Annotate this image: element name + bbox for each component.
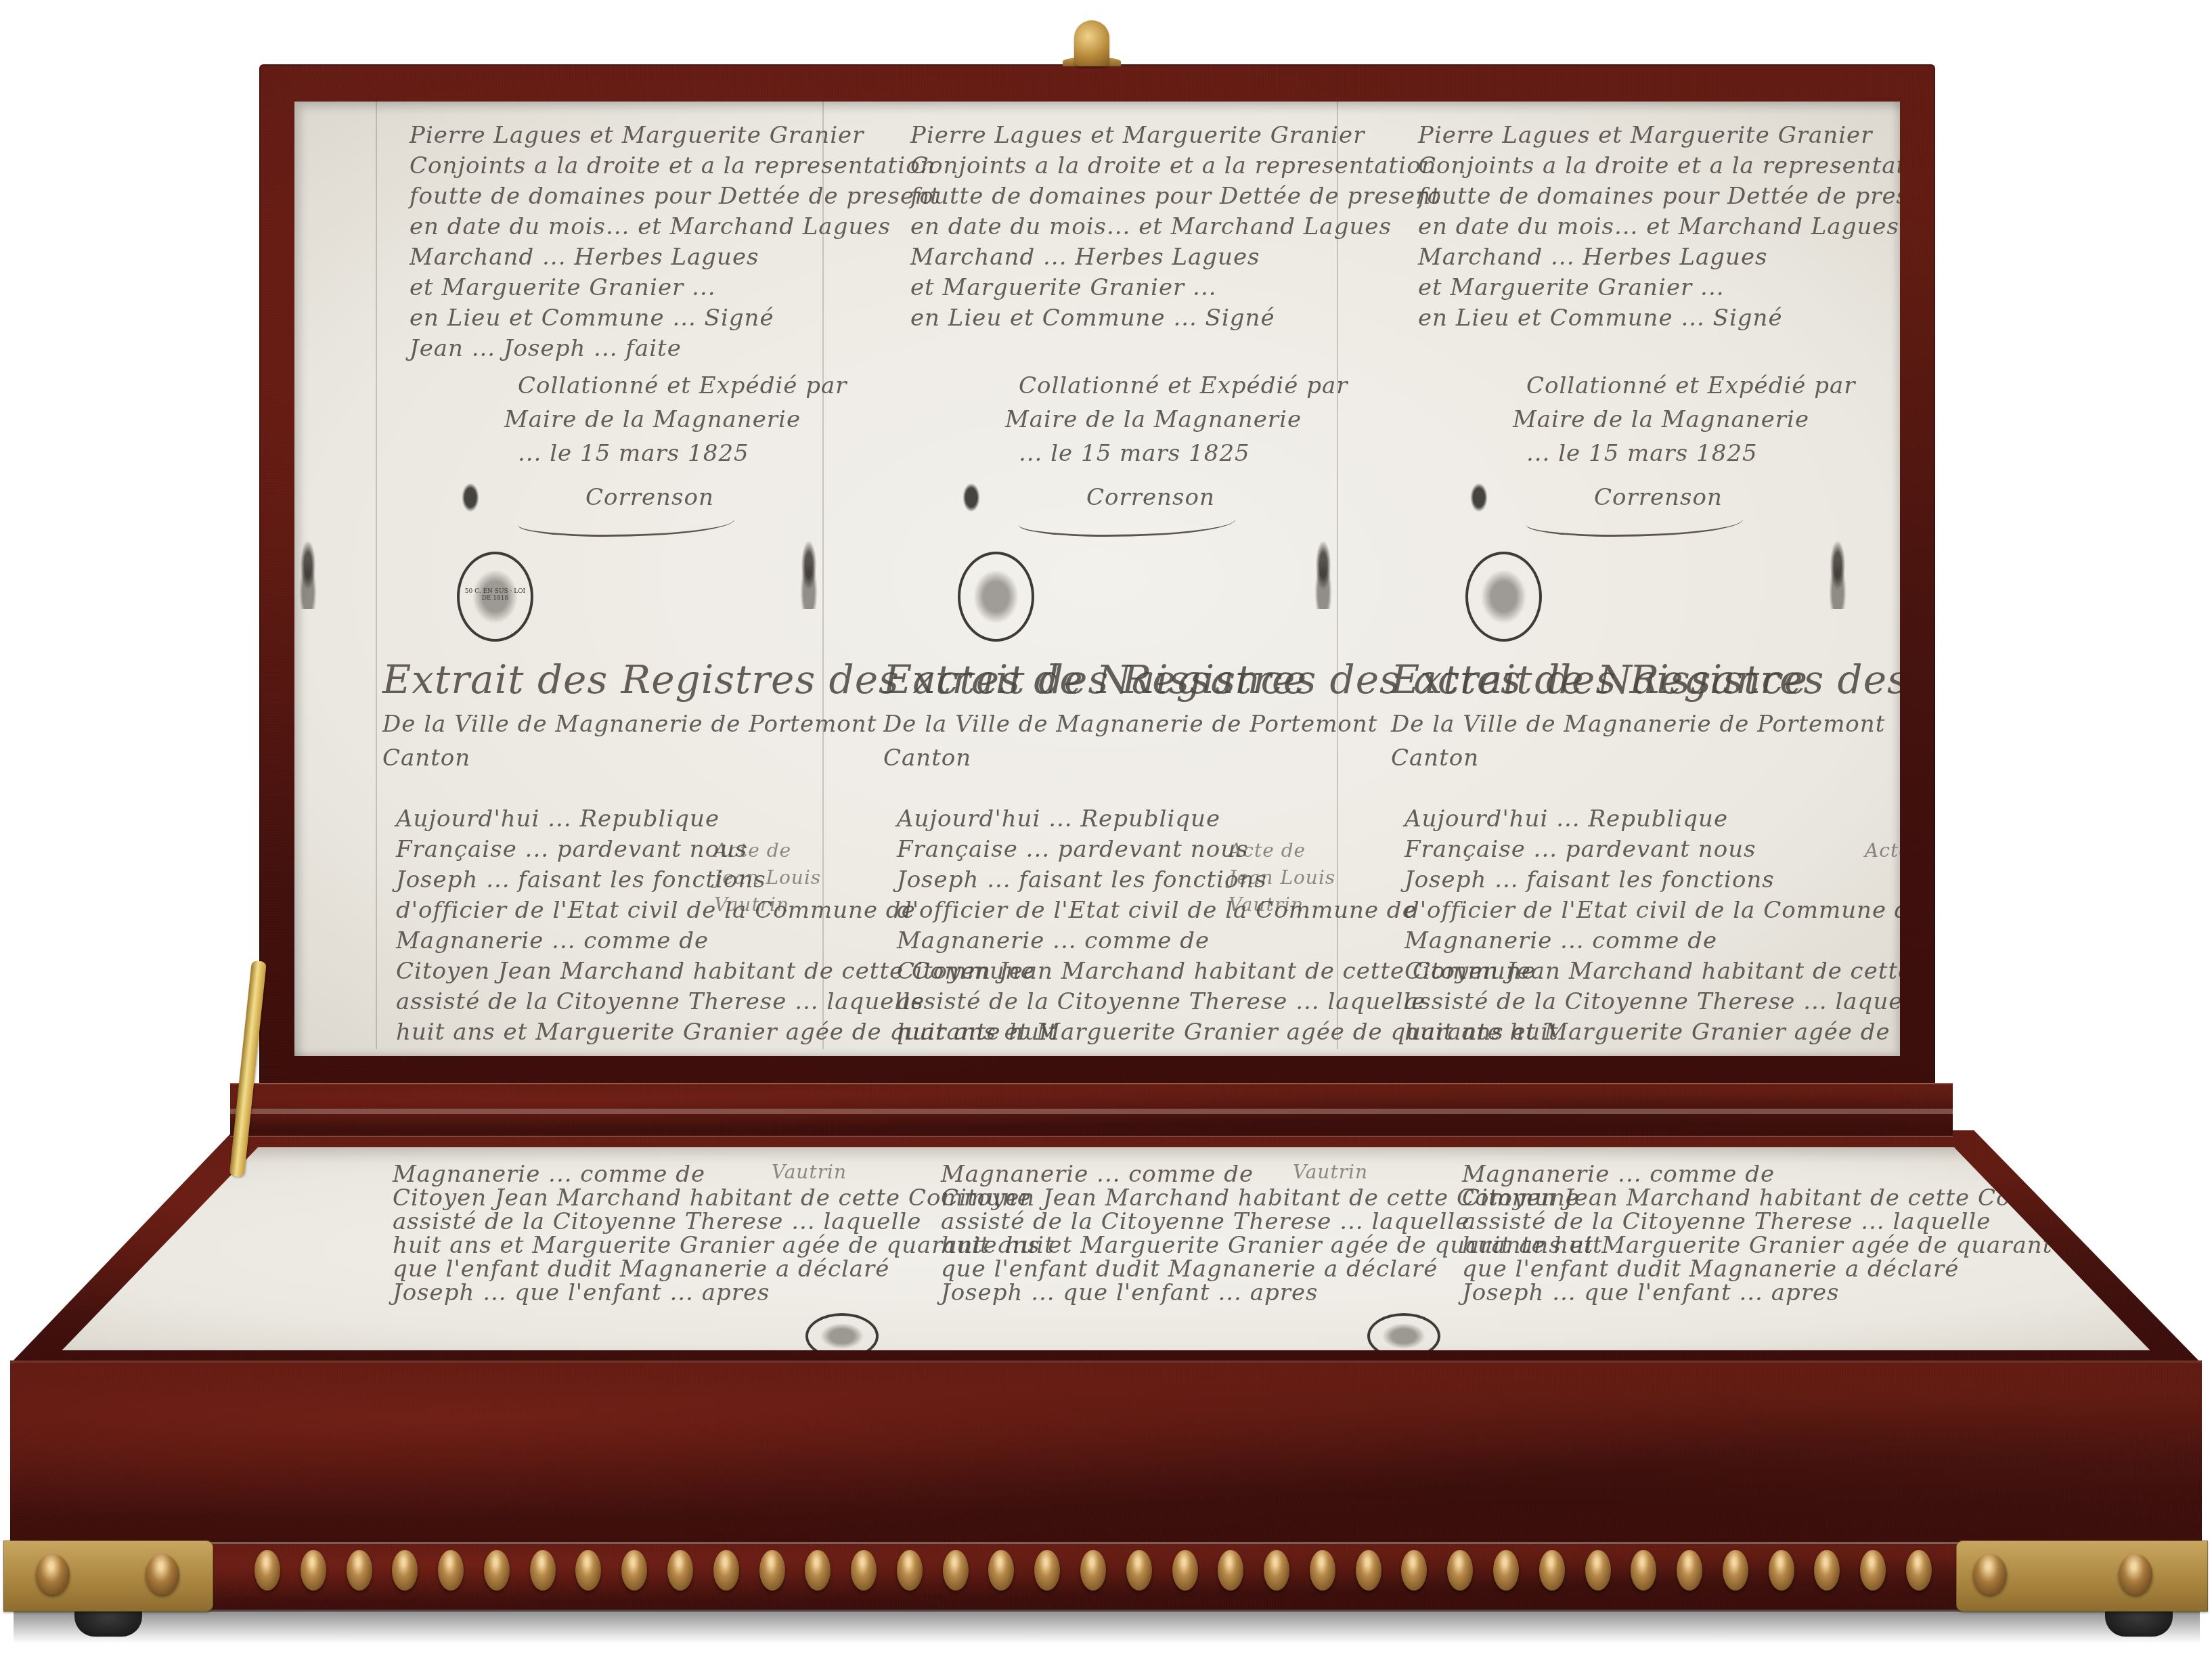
brass-stud-icon (255, 1550, 280, 1591)
closing-line: ... le 15 mars 1825 (1019, 440, 1250, 467)
brass-stud-icon (1034, 1550, 1060, 1591)
closing-line: Collationné et Expédié par (1019, 372, 1348, 399)
tax-seal-icon (805, 1313, 879, 1350)
margin-note: Vautrin (714, 893, 789, 916)
script-line: et Marguerite Granier ... (1418, 274, 1725, 301)
signature-flourish (518, 508, 734, 537)
front-panel (10, 1360, 2202, 1546)
script-line: en Lieu et Commune ... Signé (410, 305, 774, 332)
brass-stud-icon (667, 1550, 693, 1591)
signature: Correnson (1594, 484, 1723, 511)
brass-stud-icon (1539, 1550, 1565, 1591)
body-line: Magnanerie ... comme de (897, 927, 1210, 954)
document-heading: Canton (883, 745, 971, 772)
script-line: Conjoints a la droite et a la representa… (1418, 152, 1900, 179)
hinge-seam (230, 1109, 1953, 1114)
script-line: en date du mois... et Marchand Lagues (1418, 213, 1899, 240)
script-line: Magnanerie ... comme de (1462, 1161, 1775, 1188)
brass-stud-icon (1631, 1550, 1656, 1591)
script-line: huit ans et Marguerite Granier agée de q… (1462, 1232, 2124, 1259)
brass-stud-icon (392, 1550, 418, 1591)
brass-stud-icon (438, 1550, 464, 1591)
body-line: huit ans et Marguerite Granier agée de q… (1404, 1019, 1900, 1046)
closing-line: ... le 15 mars 1825 (1526, 440, 1758, 467)
margin-note: Acte de (1865, 839, 1900, 862)
brass-stud-icon (1723, 1550, 1748, 1591)
document-heading: Canton (1391, 745, 1479, 772)
closing-line: Collationné et Expédié par (518, 372, 847, 399)
lid-panel-right: Pierre Lagues et Marguerite Granier Conj… (1337, 102, 1851, 1056)
script-line: assisté de la Citoyenne Therese ... laqu… (941, 1208, 1469, 1235)
body-line: Aujourd'hui ... Republique (897, 805, 1220, 833)
signature: Correnson (585, 484, 714, 511)
figure-stamp-icon (294, 541, 322, 609)
margin-note: Vautrin (1229, 893, 1304, 916)
script-line: Marchand ... Herbes Lagues (410, 244, 759, 271)
document-heading: De la Ville de Magnanerie de Portemont (883, 711, 1377, 738)
brass-stud-icon (1814, 1550, 1840, 1591)
ink-stamp-icon (460, 481, 481, 514)
tax-seal-icon (1367, 1313, 1440, 1350)
signature: Correnson (1086, 484, 1215, 511)
script-line: Citoyen Jean Marchand habitant de cette … (393, 1184, 1032, 1212)
ink-stamp-icon (961, 481, 981, 514)
body-line: Magnanerie ... comme de (1404, 927, 1717, 954)
script-line: Magnanerie ... comme de (393, 1161, 705, 1188)
panel-divider (822, 102, 824, 1049)
brass-stud-icon (1310, 1550, 1335, 1591)
script-line: Marchand ... Herbes Lagues (1418, 244, 1768, 271)
body-line: Magnanerie ... comme de (396, 927, 709, 954)
margin-note: Acte de (1229, 839, 1306, 862)
brass-stud-icon (1677, 1550, 1702, 1591)
body-line: Française ... pardevant nous (897, 836, 1249, 863)
brass-stud-icon (1356, 1550, 1381, 1591)
brass-stud-icon (1126, 1550, 1152, 1591)
script-line: Joseph ... que l'enfant ... apres (941, 1279, 1319, 1306)
script-line: en date du mois... et Marchand Lagues (410, 213, 891, 240)
closing-line: ... le 15 mars 1825 (518, 440, 749, 467)
brass-stud-icon (805, 1550, 831, 1591)
floor-shadow (14, 1610, 2200, 1643)
brass-stud-icon (1860, 1550, 1886, 1591)
body-line: Joseph ... faisant les fonctions (897, 866, 1267, 893)
script-line: Pierre Lagues et Marguerite Granier (410, 122, 864, 149)
script-line: Marchand ... Herbes Lagues (910, 244, 1260, 271)
figure-stamp-icon (1310, 541, 1337, 609)
script-line: en Lieu et Commune ... Signé (1418, 305, 1783, 332)
brass-corner-plate-right (1956, 1540, 2208, 1612)
brass-stud-icon (1493, 1550, 1519, 1591)
brass-stud-icon (1906, 1550, 1932, 1591)
brass-stud-icon (1080, 1550, 1106, 1591)
brass-stud-icon (1447, 1550, 1473, 1591)
brass-stud-icon (943, 1550, 969, 1591)
closing-line: Maire de la Magnanerie (504, 406, 801, 433)
script-line: assisté de la Citoyenne Therese ... laqu… (1462, 1208, 1991, 1235)
tax-seal-icon (958, 552, 1034, 642)
brass-stud-icon (759, 1550, 785, 1591)
body-line: Aujourd'hui ... Republique (1404, 805, 1728, 833)
lid-paper-lining: Pierre Lagues et Marguerite Granier Conj… (294, 102, 1900, 1056)
plate-stud-icon (2119, 1554, 2152, 1595)
brass-stud-icon (484, 1550, 510, 1591)
plate-stud-icon (36, 1554, 70, 1595)
closing-line: Maire de la Magnanerie (1005, 406, 1302, 433)
brass-corner-plate-left (3, 1540, 213, 1612)
script-line: que l'enfant dudit Magnanerie a déclaré (393, 1256, 889, 1283)
script-line: Pierre Lagues et Marguerite Granier (1418, 122, 1872, 149)
closing-line: Collationné et Expédié par (1526, 372, 1856, 399)
body-line: Joseph ... faisant les fonctions (396, 866, 766, 893)
script-line: Magnanerie ... comme de (941, 1161, 1254, 1188)
margin-note: Vautrin (772, 1161, 847, 1183)
margin-note: Vautrin (1293, 1161, 1368, 1183)
figure-stamp-icon (795, 541, 822, 609)
script-line: Pierre Lagues et Marguerite Granier (910, 122, 1365, 149)
document-heading: Canton (382, 745, 470, 772)
body-line: assisté de la Citoyenne Therese ... laqu… (1404, 988, 1900, 1015)
tray-paper-lining: Magnanerie ... comme de Citoyen Jean Mar… (41, 1147, 2171, 1350)
margin-rule (376, 102, 377, 1049)
figure-stamp-icon (1824, 541, 1851, 609)
script-line: en Lieu et Commune ... Signé (910, 305, 1275, 332)
brass-stud-icon (851, 1550, 877, 1591)
box-lid: Pierre Lagues et Marguerite Granier Conj… (259, 64, 1935, 1086)
brass-stud-icon (1172, 1550, 1198, 1591)
foot-left (74, 1610, 142, 1637)
ink-stamp-icon (1469, 481, 1489, 514)
brass-stud-icon (988, 1550, 1014, 1591)
brass-stud-icon (347, 1550, 372, 1591)
signature-flourish (1019, 508, 1235, 537)
tax-seal-icon (1465, 552, 1542, 642)
script-line: et Marguerite Granier ... (410, 274, 716, 301)
panel-divider (1337, 102, 1338, 1049)
margin-note: Acte de (714, 839, 791, 862)
script-line: que l'enfant dudit Magnanerie a déclaré (1462, 1256, 1959, 1283)
margin-note: Jean Louis (714, 866, 821, 889)
body-line: Française ... pardevant nous (396, 836, 748, 863)
margin-note: Jean Louis (1229, 866, 1335, 889)
script-line: Joseph ... que l'enfant ... apres (1462, 1279, 1840, 1306)
tax-seal-icon: 50 C. EN SUS · LOI DE 1816 (457, 552, 533, 642)
document-heading: De la Ville de Magnanerie de Portemont (1391, 711, 1885, 738)
script-line: que l'enfant dudit Magnanerie a déclaré (941, 1256, 1438, 1283)
body-line: Citoyen Jean Marchand habitant de cette … (1404, 958, 1900, 985)
document-heading: De la Ville de Magnanerie de Portemont (382, 711, 877, 738)
script-line: en date du mois... et Marchand Lagues (910, 213, 1392, 240)
script-line: Jean ... Joseph ... faite (410, 335, 682, 362)
brass-stud-icon (621, 1550, 647, 1591)
body-line: Française ... pardevant nous (1404, 836, 1756, 863)
foot-right (2105, 1610, 2173, 1637)
closing-line: Maire de la Magnanerie (1513, 406, 1809, 433)
script-line: Joseph ... que l'enfant ... apres (393, 1279, 770, 1306)
brass-latch-knob-icon[interactable] (1074, 20, 1109, 66)
plate-stud-icon (146, 1554, 179, 1595)
brass-stud-icon (1769, 1550, 1794, 1591)
brass-stud-icon (301, 1550, 326, 1591)
plate-stud-icon (1973, 1554, 2007, 1595)
body-line: Joseph ... faisant les fonctions (1404, 866, 1775, 893)
brass-stud-icon (1218, 1550, 1243, 1591)
brass-stud-icon (1264, 1550, 1289, 1591)
script-line: assisté de la Citoyenne Therese ... laqu… (393, 1208, 921, 1235)
body-line: d'officier de l'Etat civil de la Commune… (1404, 897, 1900, 924)
brass-stud-icon (1401, 1550, 1427, 1591)
script-line: et Marguerite Granier ... (910, 274, 1217, 301)
script-line: foutte de domaines pour Dettée de presen… (1418, 183, 1900, 210)
brass-stud-icon (1585, 1550, 1611, 1591)
document-heading: Extrait des Registres des actes de Naiss… (1391, 657, 1900, 703)
signature-flourish (1526, 508, 1743, 537)
brass-stud-icon (530, 1550, 556, 1591)
brass-stud-icon (713, 1550, 739, 1591)
brass-stud-icon (897, 1550, 923, 1591)
body-line: Aujourd'hui ... Republique (396, 805, 720, 833)
brass-stud-icon (575, 1550, 601, 1591)
